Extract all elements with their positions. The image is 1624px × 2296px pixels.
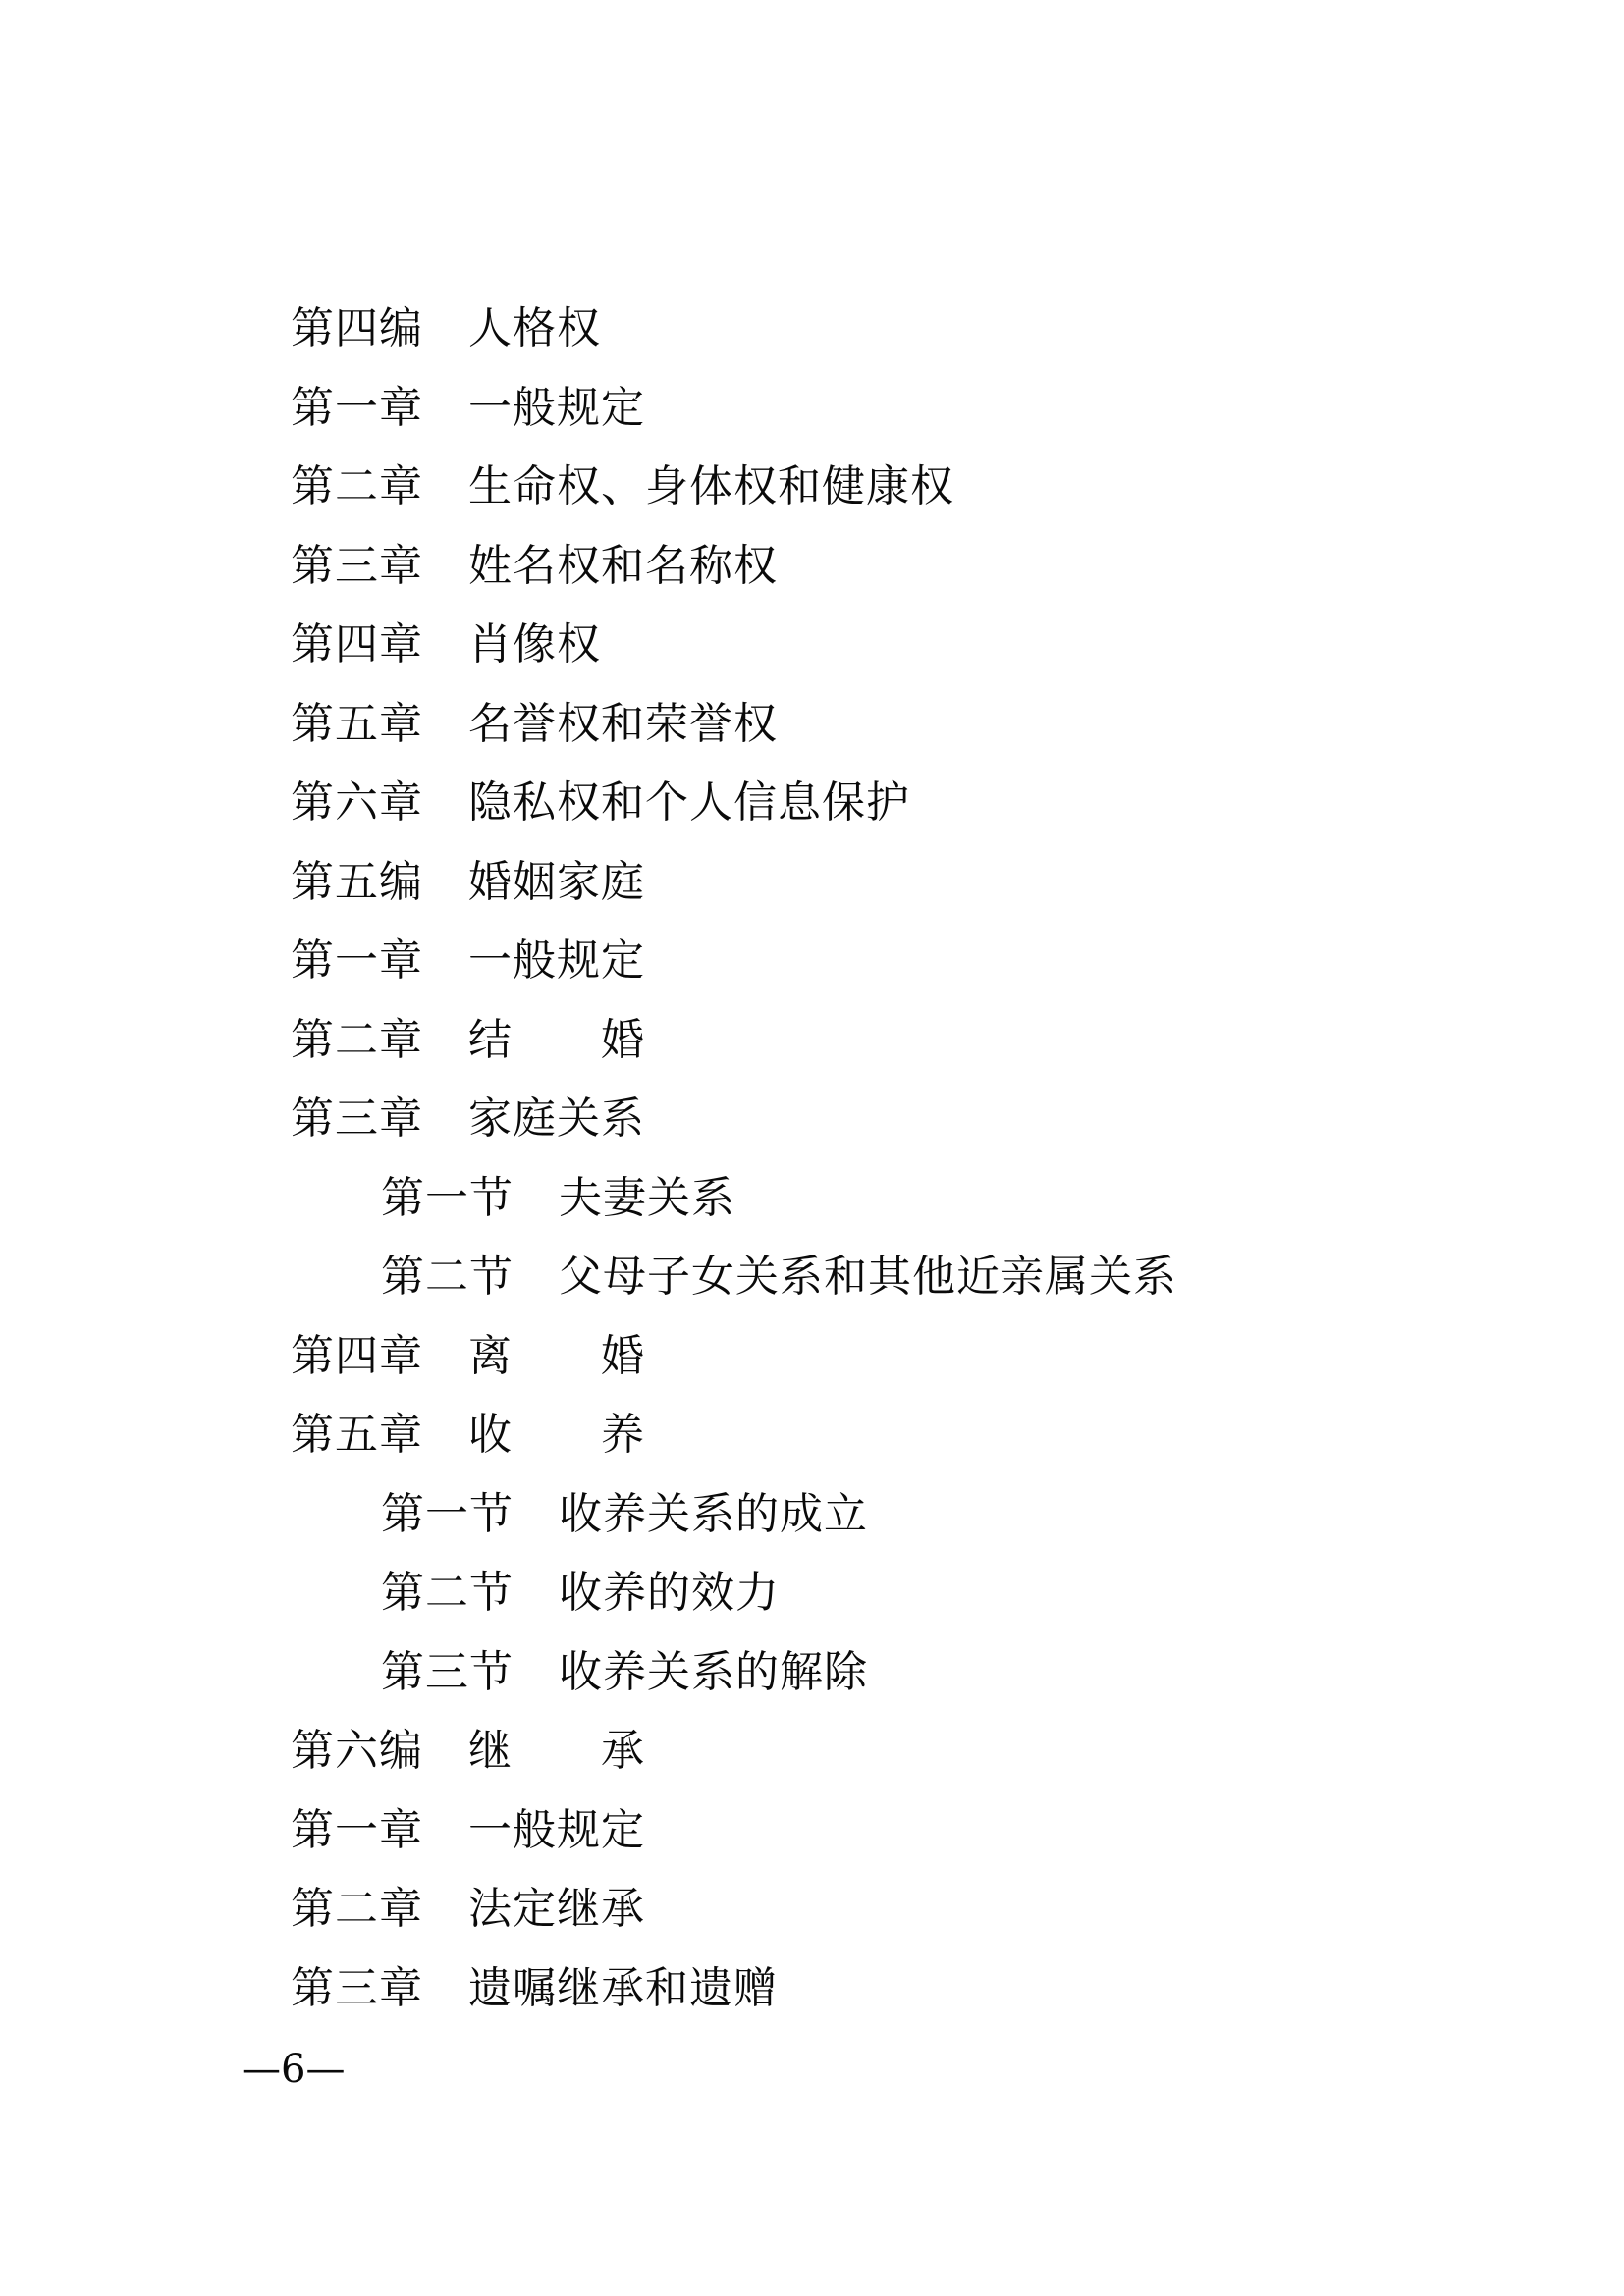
toc-entry-label: 第二章 [291,1015,423,1065]
toc-entry: 第二章法定继承 [291,1870,1177,1949]
toc-entry: 第五章收 养 [291,1396,1177,1475]
toc-entry-label: 第五章 [291,699,423,749]
toc-entry: 第一节夫妻关系 [291,1159,1177,1239]
toc-entry-label: 第一节 [381,1489,514,1539]
toc-entry-label: 第三章 [291,1094,423,1144]
toc-entry: 第二节父母子女关系和其他近亲属关系 [291,1238,1177,1317]
toc-entry-label: 第六章 [291,777,423,828]
toc-entry-label: 第一节 [381,1173,514,1223]
toc-entry-title: 父母子女关系和其他近亲属关系 [559,1252,1177,1302]
toc-entry-title: 肖像权 [468,619,601,669]
toc-entry-label: 第四章 [291,1331,423,1381]
toc-entry-title: 离 婚 [468,1331,645,1381]
toc-entry-label: 第二章 [291,461,423,511]
toc-entry-title: 姓名权和名称权 [468,541,778,591]
toc-entry-title: 夫妻关系 [559,1173,735,1223]
toc-entry-label: 第一章 [291,383,423,433]
toc-entry: 第二节收养的效力 [291,1554,1177,1633]
toc-entry: 第一节收养关系的成立 [291,1475,1177,1555]
toc-entry-label: 第五编 [291,857,423,907]
toc-entry-label: 第三章 [291,541,423,591]
toc-entry: 第一章一般规定 [291,369,1177,449]
toc-entry-title: 一般规定 [468,935,645,986]
toc-entry: 第六章隐私权和个人信息保护 [291,764,1177,843]
toc-entry-title: 结 婚 [468,1015,645,1065]
toc-entry-label: 第三章 [291,1963,423,2013]
toc-entry: 第二章生命权、身体权和健康权 [291,448,1177,527]
toc-entry-label: 第三节 [381,1647,514,1697]
page-number: —6— [242,2050,345,2089]
toc-entry-label: 第四编 [291,303,423,353]
toc-entry: 第三章家庭关系 [291,1080,1177,1159]
toc-entry: 第四章肖像权 [291,606,1177,685]
toc-entry-title: 家庭关系 [468,1094,645,1144]
toc-entry: 第四编人格权 [291,290,1177,369]
toc-entry-title: 人格权 [468,303,601,353]
toc-entry-title: 隐私权和个人信息保护 [468,777,910,828]
toc-entry-title: 婚姻家庭 [468,857,645,907]
toc-entry-title: 继 承 [468,1726,645,1776]
toc-entry-label: 第一章 [291,1805,423,1855]
toc-entry-title: 收养关系的解除 [559,1647,868,1697]
toc-entry: 第一章一般规定 [291,1791,1177,1871]
toc-entry-title: 名誉权和荣誉权 [468,699,778,749]
toc-entry: 第四章离 婚 [291,1317,1177,1397]
toc-entry: 第三章姓名权和名称权 [291,527,1177,607]
toc-entry-title: 收养的效力 [559,1568,780,1618]
toc-entry-title: 法定继承 [468,1884,645,1934]
toc-entry-title: 收养关系的成立 [559,1489,868,1539]
toc-entry: 第六编继 承 [291,1712,1177,1791]
toc-entry-title: 收 养 [468,1410,645,1460]
toc-entry-label: 第二章 [291,1884,423,1934]
toc-entry: 第一章一般规定 [291,922,1177,1001]
toc-entry: 第二章结 婚 [291,1001,1177,1081]
toc-entry: 第三节收养关系的解除 [291,1633,1177,1713]
toc-entry-title: 生命权、身体权和健康权 [468,461,954,511]
toc-entry-label: 第一章 [291,935,423,986]
toc-entry-title: 一般规定 [468,383,645,433]
toc-entry-title: 一般规定 [468,1805,645,1855]
toc-entry-label: 第六编 [291,1726,423,1776]
toc-entry: 第三章遗嘱继承和遗赠 [291,1949,1177,2029]
toc-entry-label: 第五章 [291,1410,423,1460]
toc-entry: 第五章名誉权和荣誉权 [291,685,1177,765]
toc-entry-label: 第四章 [291,619,423,669]
table-of-contents: 第四编人格权 第一章一般规定 第二章生命权、身体权和健康权 第三章姓名权和名称权… [291,290,1177,2028]
document-page: 第四编人格权 第一章一般规定 第二章生命权、身体权和健康权 第三章姓名权和名称权… [0,0,1624,2296]
toc-entry: 第五编婚姻家庭 [291,843,1177,923]
toc-entry-label: 第二节 [381,1252,514,1302]
toc-entry-label: 第二节 [381,1568,514,1618]
toc-entry-title: 遗嘱继承和遗赠 [468,1963,778,2013]
